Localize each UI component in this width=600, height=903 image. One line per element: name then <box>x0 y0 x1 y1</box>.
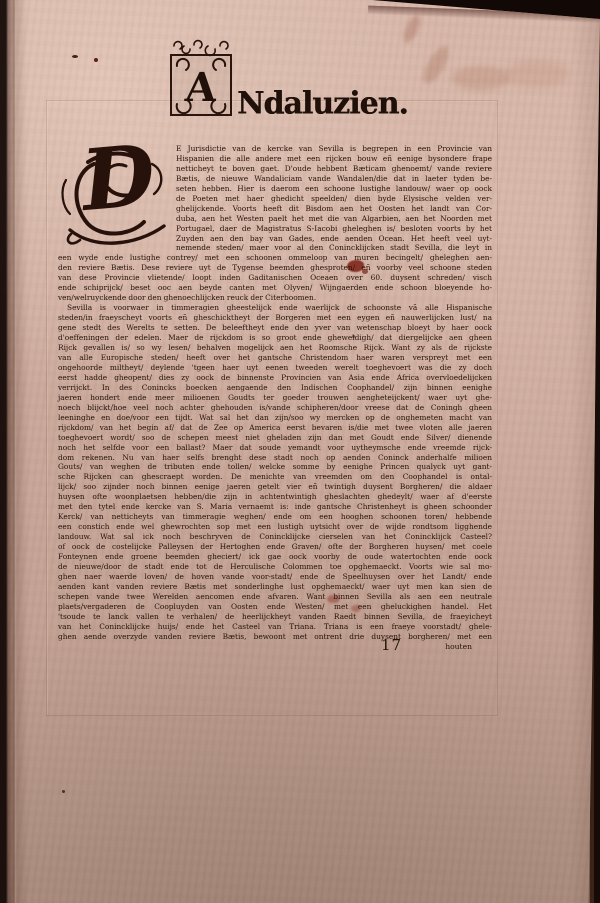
title-initial-letter: A <box>170 60 232 116</box>
paragraph-1-last-line: ven/welruyckende door den ghenoechlijcke… <box>58 293 492 303</box>
page-number: 17 <box>381 638 402 653</box>
title-text: Ndaluzien. <box>237 89 408 119</box>
drop-cap: D <box>58 144 172 252</box>
woodcut-initial-block: A <box>170 54 232 116</box>
catchword: houten <box>58 642 492 652</box>
stain <box>505 60 569 88</box>
paragraph-1: D E Jurisdictie van de kercke van Sevill… <box>58 134 492 293</box>
drop-cap-letter: D <box>78 133 158 223</box>
book-page: A Ndaluzien. D E Jurisdictie <box>0 0 600 903</box>
photo-backdrop: A Ndaluzien. D E Jurisdictie <box>0 0 600 903</box>
chapter-title: A Ndaluzien. <box>58 52 492 116</box>
speck <box>62 790 65 793</box>
backdrop-edge-shadow <box>368 6 600 24</box>
stain <box>400 13 423 45</box>
page-content: A Ndaluzien. D E Jurisdictie <box>58 50 492 652</box>
paragraph-2-text: Sevilla is voorwaer in timmeragien ghees… <box>58 303 492 641</box>
paper-crease <box>12 0 17 903</box>
